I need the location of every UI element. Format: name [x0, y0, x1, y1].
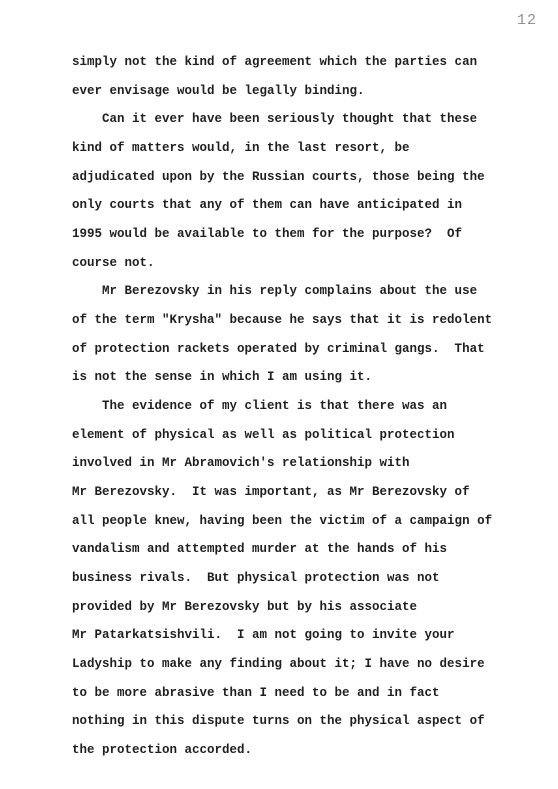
transcript-text: simply not the kind of agreement which t… [72, 48, 492, 765]
document-page: 12 simply not the kind of agreement whic… [0, 0, 558, 789]
page-number: 12 [517, 12, 537, 29]
